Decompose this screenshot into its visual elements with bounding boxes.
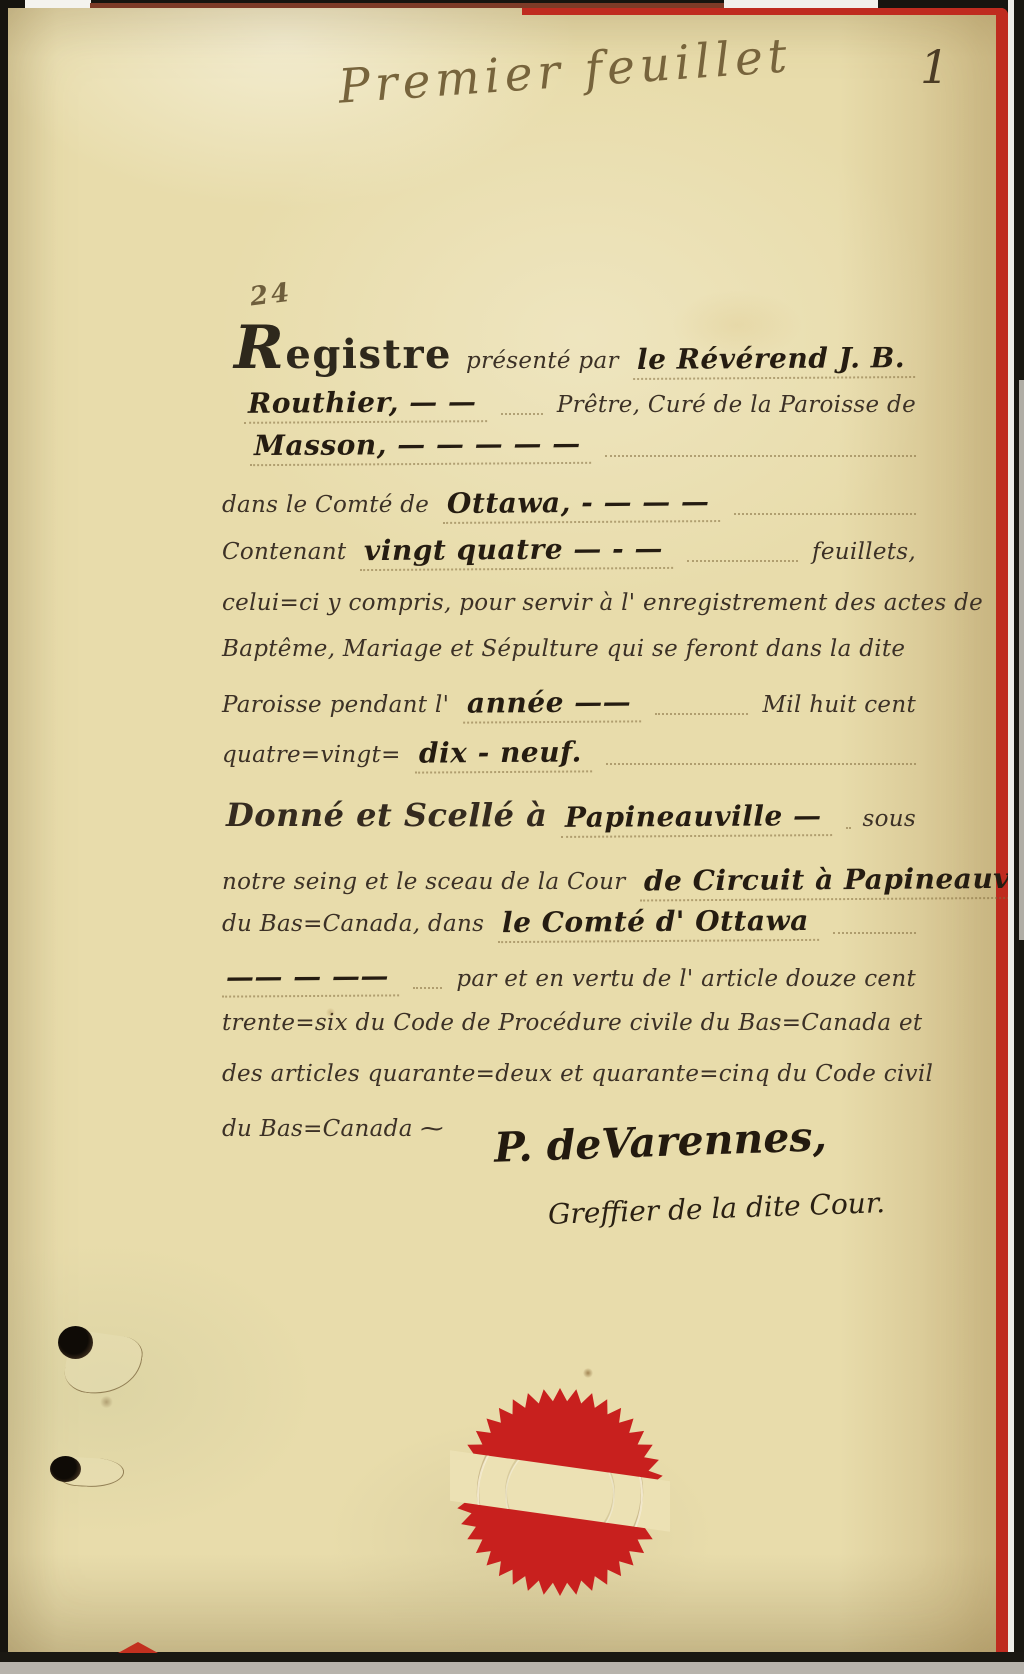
printed-form-text: Paroisse pendant l' — [222, 692, 449, 718]
punched-hole — [50, 1456, 81, 1482]
handwritten-entry: dix - neuf. — [415, 735, 592, 773]
printed-form-text: par et en vertu de l' article douze cent — [456, 966, 916, 992]
printed-form-text-large: Donné et Scellé à — [226, 796, 547, 834]
form-line: du Bas=Canada, dansle Comté d' Ottawa — [222, 905, 916, 942]
printed-form-text: sous — [863, 806, 916, 832]
form-line: —— — ——par et en vertu de l' article dou… — [222, 960, 916, 997]
printed-form-text: celui=ci y compris, pour servir à l' enr… — [222, 590, 983, 616]
handwritten-entry: de Circuit à Papineauville — [639, 861, 1024, 901]
printed-form-text: Prêtre, Curé de la Paroisse de — [557, 392, 916, 418]
form-line: Baptême, Mariage et Sépulture qui se fer… — [222, 636, 916, 662]
registre-word: Registre — [234, 313, 452, 383]
form-line: Routhier, — —Prêtre, Curé de la Paroisse… — [222, 386, 916, 423]
book-edge-bottom — [0, 1652, 1024, 1662]
dotted-rule — [605, 453, 916, 457]
printed-form-text: dans le Comté de — [222, 492, 429, 518]
printed-form-text: Mil huit cent — [762, 692, 916, 718]
dotted-rule — [833, 930, 916, 934]
dotted-rule — [687, 558, 798, 562]
scan-edge-white-left — [25, 0, 91, 8]
paper-stain — [672, 290, 802, 360]
handwritten-entry: le Comté d' Ottawa — [498, 904, 819, 943]
handwritten-entry: —— — —— — [222, 959, 399, 997]
court-seal-icon — [450, 1380, 670, 1612]
pencil-marginal-note: 24 — [248, 278, 294, 313]
printed-form-text: Baptême, Mariage et Sépulture qui se fer… — [222, 636, 905, 662]
printed-form-text: feuillets, — [812, 539, 916, 565]
form-line: Registreprésenté parle Révérend J. B. — [222, 313, 916, 383]
printed-form-text: quatre=vingt= — [222, 742, 401, 768]
form-line: Paroisse pendant l'année ——Mil huit cent — [222, 686, 916, 723]
handwritten-entry: Masson, — — — — — — [250, 427, 591, 466]
signature-title: Greffier de la dite Cour. — [548, 1186, 886, 1231]
dotted-rule — [501, 411, 543, 415]
page-number: 1 — [920, 40, 949, 94]
printed-form-text: du Bas=Canada ⁓ — [222, 1116, 444, 1142]
scan-edge-grey-column — [1019, 380, 1024, 940]
red-page-edge-top — [522, 8, 1008, 15]
dotted-rule — [734, 511, 916, 515]
register-page: Premier feuillet 1 24 Registreprésenté p… — [8, 8, 1008, 1652]
dotted-rule — [606, 761, 916, 765]
scan-table-bottom — [0, 1662, 1024, 1674]
handwritten-entry: Ottawa, - — — — — [443, 485, 720, 524]
handwritten-entry: vingt quatre — - — — [360, 532, 673, 571]
paper-stain — [326, 1008, 335, 1017]
dotted-rule — [413, 985, 442, 989]
form-line: dans le Comté deOttawa, - — — — — [222, 486, 916, 523]
red-page-edge-corner — [118, 1642, 158, 1653]
form-line: notre seing et le sceau de la Courde Cir… — [222, 863, 916, 900]
signature-name: P. deVarennes, — [493, 1112, 827, 1172]
printed-form-text: présenté par — [466, 348, 619, 374]
form-line: celui=ci y compris, pour servir à l' enr… — [222, 590, 916, 616]
handwritten-entry: Papineauville — — [561, 799, 832, 838]
punched-hole — [58, 1326, 93, 1359]
form-line: des articles quarante=deux et quarante=c… — [222, 1061, 916, 1087]
scanned-register-page: Premier feuillet 1 24 Registreprésenté p… — [0, 0, 1024, 1674]
dotted-rule — [655, 711, 748, 715]
printed-form-text: Contenant — [222, 539, 346, 565]
paper-stain — [583, 1368, 593, 1378]
header-annotation: Premier feuillet — [337, 28, 794, 115]
form-line: Contenantvingt quatre — - —feuillets, — [222, 533, 916, 570]
dotted-rule — [846, 825, 849, 829]
form-line: Donné et Scellé àPapineauville —sous — [222, 796, 916, 837]
printed-form-text: du Bas=Canada, dans — [222, 911, 484, 937]
printed-form-text: notre seing et le sceau de la Cour — [222, 869, 626, 895]
form-line: quatre=vingt=dix - neuf. — [222, 736, 916, 773]
printed-form-text: des articles quarante=deux et quarante=c… — [222, 1061, 933, 1087]
handwritten-entry: année —— — [463, 685, 641, 723]
paper-stain — [100, 1396, 113, 1408]
form-line: Masson, — — — — — — [222, 428, 916, 465]
handwritten-entry: Routhier, — — — [244, 385, 487, 424]
